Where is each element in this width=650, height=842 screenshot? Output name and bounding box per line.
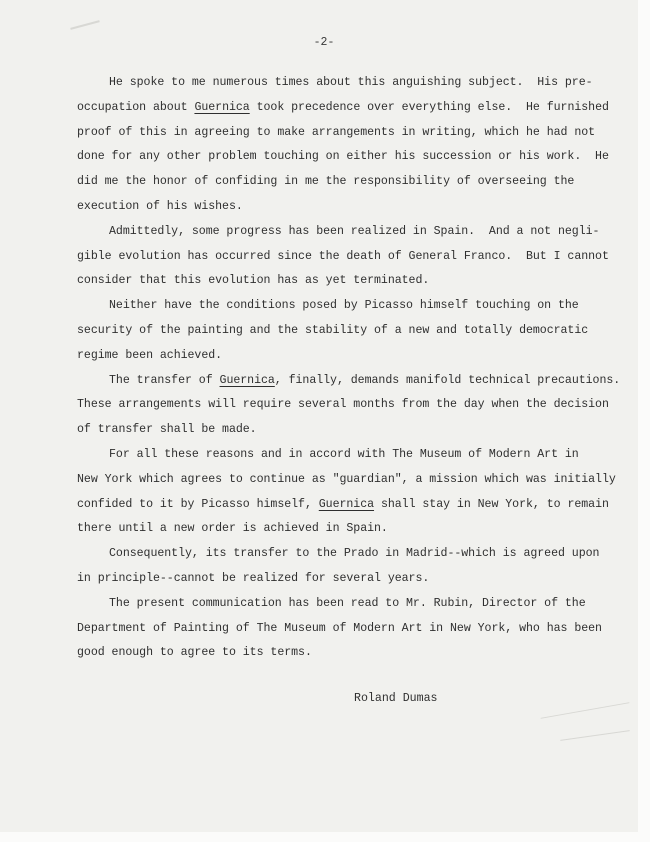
text-line: New York which agrees to continue as "gu…	[77, 468, 577, 493]
page-edge-right	[638, 0, 650, 842]
text-segment: Admittedly, some progress has been reali…	[109, 225, 599, 238]
text-line: gible evolution has occurred since the d…	[77, 245, 577, 270]
text-line: good enough to agree to its terms.	[77, 641, 577, 666]
text-line: consider that this evolution has as yet …	[77, 269, 577, 294]
text-line: occupation about Guernica took precedenc…	[77, 96, 577, 121]
text-segment: The present communication has been read …	[109, 597, 586, 610]
text-line: Neither have the conditions posed by Pic…	[77, 294, 577, 319]
paragraph: Admittedly, some progress has been reali…	[77, 220, 577, 294]
text-segment: took precedence over everything else. He…	[250, 101, 609, 114]
text-segment: consider that this evolution has as yet …	[77, 274, 429, 287]
underlined-title: Guernica	[319, 498, 374, 511]
underlined-title: Guernica	[194, 101, 249, 114]
document-page: -2- He spoke to me numerous times about …	[0, 0, 639, 833]
text-segment: , finally, demands manifold technical pr…	[275, 374, 620, 387]
text-segment: security of the painting and the stabili…	[77, 324, 588, 337]
text-segment: gible evolution has occurred since the d…	[77, 250, 609, 263]
text-segment: proof of this in agreeing to make arrang…	[77, 126, 595, 139]
text-line: The transfer of Guernica, finally, deman…	[77, 369, 577, 394]
text-segment: there until a new order is achieved in S…	[77, 522, 388, 535]
text-line: execution of his wishes.	[77, 195, 577, 220]
text-segment: Department of Painting of The Museum of …	[77, 622, 602, 635]
page-number: -2-	[5, 36, 643, 49]
text-line: done for any other problem touching on e…	[77, 145, 577, 170]
text-line: confided to it by Picasso himself, Guern…	[77, 493, 577, 518]
text-line: These arrangements will require several …	[77, 393, 577, 418]
paragraph: The present communication has been read …	[77, 592, 577, 666]
text-line: He spoke to me numerous times about this…	[77, 71, 577, 96]
text-segment: shall stay in New York, to remain	[374, 498, 609, 511]
text-line: of transfer shall be made.	[77, 418, 577, 443]
paragraph: For all these reasons and in accord with…	[77, 443, 577, 542]
text-segment: confided to it by Picasso himself,	[77, 498, 319, 511]
paper-mark	[541, 702, 630, 719]
paragraph: He spoke to me numerous times about this…	[77, 71, 577, 220]
text-segment: regime been achieved.	[77, 349, 222, 362]
text-segment: For all these reasons and in accord with…	[109, 448, 579, 461]
text-line: there until a new order is achieved in S…	[77, 517, 577, 542]
text-segment: did me the honor of confiding in me the …	[77, 175, 574, 188]
paper-mark	[560, 730, 629, 741]
text-line: For all these reasons and in accord with…	[77, 443, 577, 468]
paragraph: The transfer of Guernica, finally, deman…	[77, 369, 577, 443]
text-segment: execution of his wishes.	[77, 200, 243, 213]
text-segment: of transfer shall be made.	[77, 423, 257, 436]
text-segment: He spoke to me numerous times about this…	[109, 76, 593, 89]
underlined-title: Guernica	[220, 374, 275, 387]
text-line: Department of Painting of The Museum of …	[77, 617, 577, 642]
text-segment: in principle--cannot be realized for sev…	[77, 572, 429, 585]
text-line: in principle--cannot be realized for sev…	[77, 567, 577, 592]
letter-body: He spoke to me numerous times about this…	[77, 71, 577, 666]
text-line: The present communication has been read …	[77, 592, 577, 617]
text-segment: Consequently, its transfer to the Prado …	[109, 547, 599, 560]
text-segment: These arrangements will require several …	[77, 398, 609, 411]
text-line: did me the honor of confiding in me the …	[77, 170, 577, 195]
text-segment: occupation about	[77, 101, 194, 114]
text-line: regime been achieved.	[77, 344, 577, 369]
paper-mark	[70, 20, 99, 30]
paragraph: Neither have the conditions posed by Pic…	[77, 294, 577, 368]
text-segment: Neither have the conditions posed by Pic…	[109, 299, 579, 312]
text-segment: The transfer of	[109, 374, 220, 387]
text-line: security of the painting and the stabili…	[77, 319, 577, 344]
text-line: proof of this in agreeing to make arrang…	[77, 121, 577, 146]
page-edge-bottom	[0, 832, 650, 842]
text-segment: done for any other problem touching on e…	[77, 150, 609, 163]
text-line: Admittedly, some progress has been reali…	[77, 220, 577, 245]
signature: Roland Dumas	[354, 692, 438, 705]
text-segment: good enough to agree to its terms.	[77, 646, 312, 659]
text-segment: New York which agrees to continue as "gu…	[77, 473, 616, 486]
text-line: Consequently, its transfer to the Prado …	[77, 542, 577, 567]
paragraph: Consequently, its transfer to the Prado …	[77, 542, 577, 592]
